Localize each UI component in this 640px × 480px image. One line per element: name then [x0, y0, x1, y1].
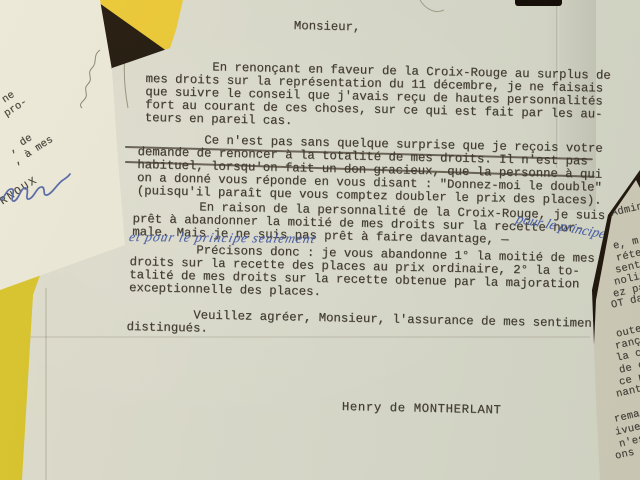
top-edge-dark-bar	[515, 0, 562, 6]
paragraph-5: Veuillez agréer, Monsieur, l'assurance d…	[126, 308, 606, 344]
pencil-mark-top	[416, 0, 446, 22]
salutation: Monsieur,	[294, 20, 361, 34]
vertical-crease	[45, 288, 47, 480]
typed-signature: Henry de MONTHERLANT	[342, 401, 502, 417]
pencil-scribble	[80, 48, 106, 110]
handwritten-ink-signature	[0, 158, 70, 204]
photograph-of-letters: Admini e, m'a réteau sentat noline ez pa…	[0, 0, 640, 480]
blue-interline-annotation: et pour le principe seulement	[127, 229, 317, 247]
paragraph-1: En renonçant en faveur de la Croix-Rouge…	[145, 60, 611, 134]
paragraph-4: Précisons donc : je vous abandonne 1° la…	[129, 243, 595, 304]
